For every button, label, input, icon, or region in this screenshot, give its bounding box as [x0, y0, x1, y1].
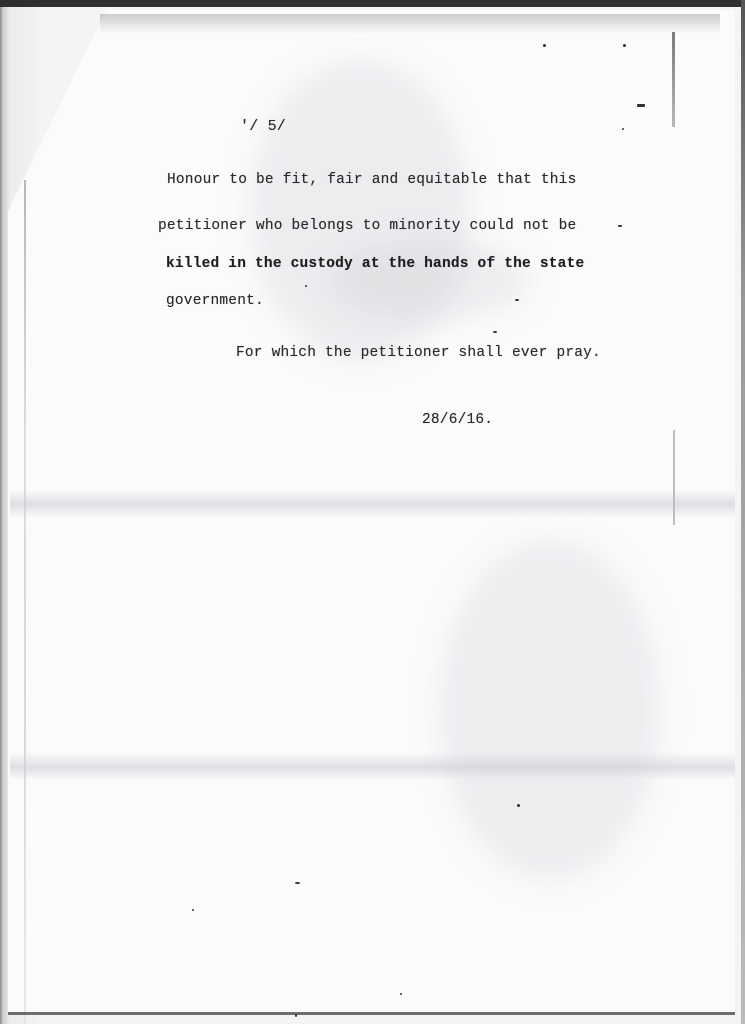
page-number: '/ 5/	[240, 118, 286, 135]
speck	[622, 128, 624, 130]
speck	[618, 225, 622, 227]
body-line: Honour to be fit, fair and equitable tha…	[167, 172, 576, 188]
speck	[517, 804, 520, 807]
photocopy-shadow	[100, 14, 720, 34]
margin-rule	[672, 32, 675, 127]
faded-bleedthrough	[440, 540, 660, 880]
prayer-line: For which the petitioner shall ever pray…	[236, 345, 601, 361]
margin-rule	[24, 180, 26, 1024]
toner-smudge	[330, 240, 530, 320]
fold-crease	[10, 490, 735, 518]
speck	[515, 299, 519, 301]
body-line: killed in the custody at the hands of th…	[166, 256, 584, 272]
speck	[295, 882, 300, 884]
body-line: government.	[166, 293, 264, 309]
fold-crease	[10, 752, 735, 780]
speck	[637, 104, 645, 107]
speck	[400, 993, 402, 995]
speck	[543, 44, 546, 47]
speck	[192, 909, 194, 911]
document-date: 28/6/16.	[422, 412, 493, 428]
body-line: petitioner who belongs to minority could…	[158, 218, 576, 234]
speck	[305, 285, 307, 287]
speck	[493, 331, 497, 333]
speck	[623, 44, 626, 47]
speck	[295, 1014, 297, 1017]
scanner-right-edge	[741, 0, 745, 1024]
margin-rule	[673, 430, 675, 525]
page-bottom-edge	[8, 1012, 735, 1015]
scanner-top-edge	[0, 0, 745, 7]
